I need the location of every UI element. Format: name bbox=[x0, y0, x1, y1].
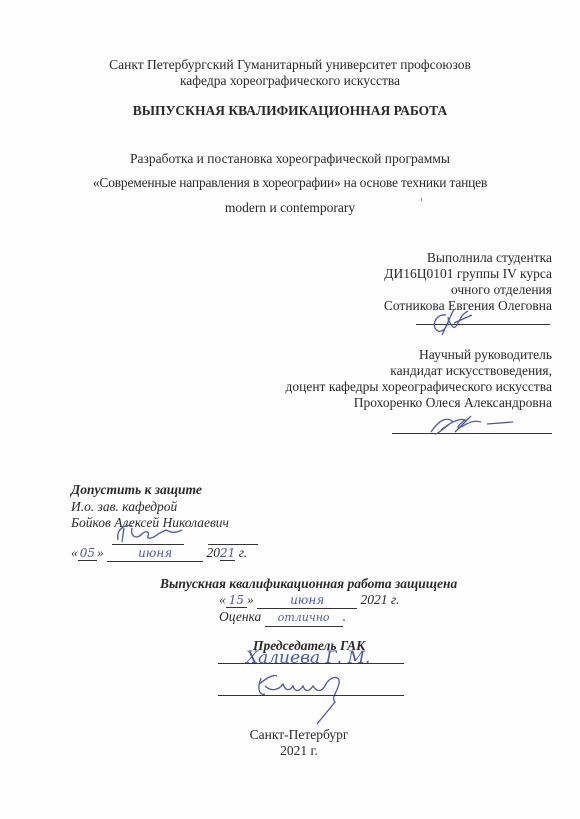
commission-signature bbox=[255, 668, 355, 728]
scan-speck bbox=[421, 198, 422, 201]
grade-end: . bbox=[343, 609, 346, 624]
admission-year-unit: г. bbox=[239, 545, 247, 560]
grade-value: отлично bbox=[265, 610, 343, 627]
admission-month: июня bbox=[107, 545, 203, 562]
admission-role: И.о. зав. кафедрой bbox=[71, 499, 177, 515]
defense-heading: Выпускная квалификационная работа защище… bbox=[160, 576, 457, 592]
admission-signature bbox=[110, 522, 190, 546]
student-department: очного отделения bbox=[384, 282, 552, 298]
defense-month: июня bbox=[257, 592, 357, 609]
date-close-quote: » bbox=[247, 592, 254, 607]
grade-label: Оценка bbox=[219, 609, 261, 624]
commission-name-line bbox=[218, 663, 404, 664]
student-group: ДИ16Ц0101 группы IV курса bbox=[384, 266, 552, 282]
date-open-quote: « bbox=[71, 545, 78, 560]
supervisor-signature bbox=[425, 412, 515, 440]
defense-grade: Оценка отлично. bbox=[219, 609, 346, 627]
date-close-quote: » bbox=[97, 545, 104, 560]
department-name: кафедра хореографического искусства bbox=[0, 73, 580, 89]
thesis-title-line-3: modern и contemporary bbox=[0, 200, 580, 216]
supervisor-name: Прохоренко Олеся Александровна bbox=[286, 395, 553, 411]
supervisor-degree: кандидат искусствоведения, bbox=[286, 363, 553, 379]
student-signature bbox=[428, 305, 478, 340]
admission-date: «05» июня 2021 г. bbox=[71, 545, 247, 562]
commission-signature-line bbox=[218, 695, 404, 696]
admission-year-suffix: 21 bbox=[220, 546, 235, 561]
footer-year: 2021 г. bbox=[0, 743, 580, 759]
thesis-title-line-1: Разработка и постановка хореографической… bbox=[0, 151, 580, 167]
admission-heading: Допустить к защите bbox=[71, 482, 202, 498]
date-open-quote: « bbox=[219, 592, 226, 607]
defense-day: 15 bbox=[226, 593, 247, 608]
commission-chair-name-handwritten: Халиева Г. М. bbox=[246, 648, 370, 668]
student-line-1: Выполнила студентка bbox=[384, 250, 552, 266]
thesis-title-line-2: «Современные направления в хореографии» … bbox=[0, 175, 580, 191]
defense-year: 2021 г. bbox=[361, 592, 400, 607]
footer-city: Санкт-Петербург bbox=[0, 727, 580, 743]
supervisor-position: доцент кафедры хореографического искусст… bbox=[286, 379, 553, 395]
defense-date: «15» июня 2021 г. bbox=[219, 592, 399, 609]
supervisor-block: Научный руководитель кандидат искусствов… bbox=[286, 347, 553, 411]
document-page: Санкт Петербургский Гуманитарный универс… bbox=[0, 0, 580, 819]
admission-day: 05 bbox=[78, 546, 97, 561]
university-name: Санкт Петербургский Гуманитарный универс… bbox=[0, 57, 580, 73]
admission-year-prefix: 20 bbox=[207, 545, 221, 560]
supervisor-role: Научный руководитель bbox=[286, 347, 553, 363]
document-type-heading: ВЫПУСКНАЯ КВАЛИФИКАЦИОННАЯ РАБОТА bbox=[0, 103, 580, 119]
